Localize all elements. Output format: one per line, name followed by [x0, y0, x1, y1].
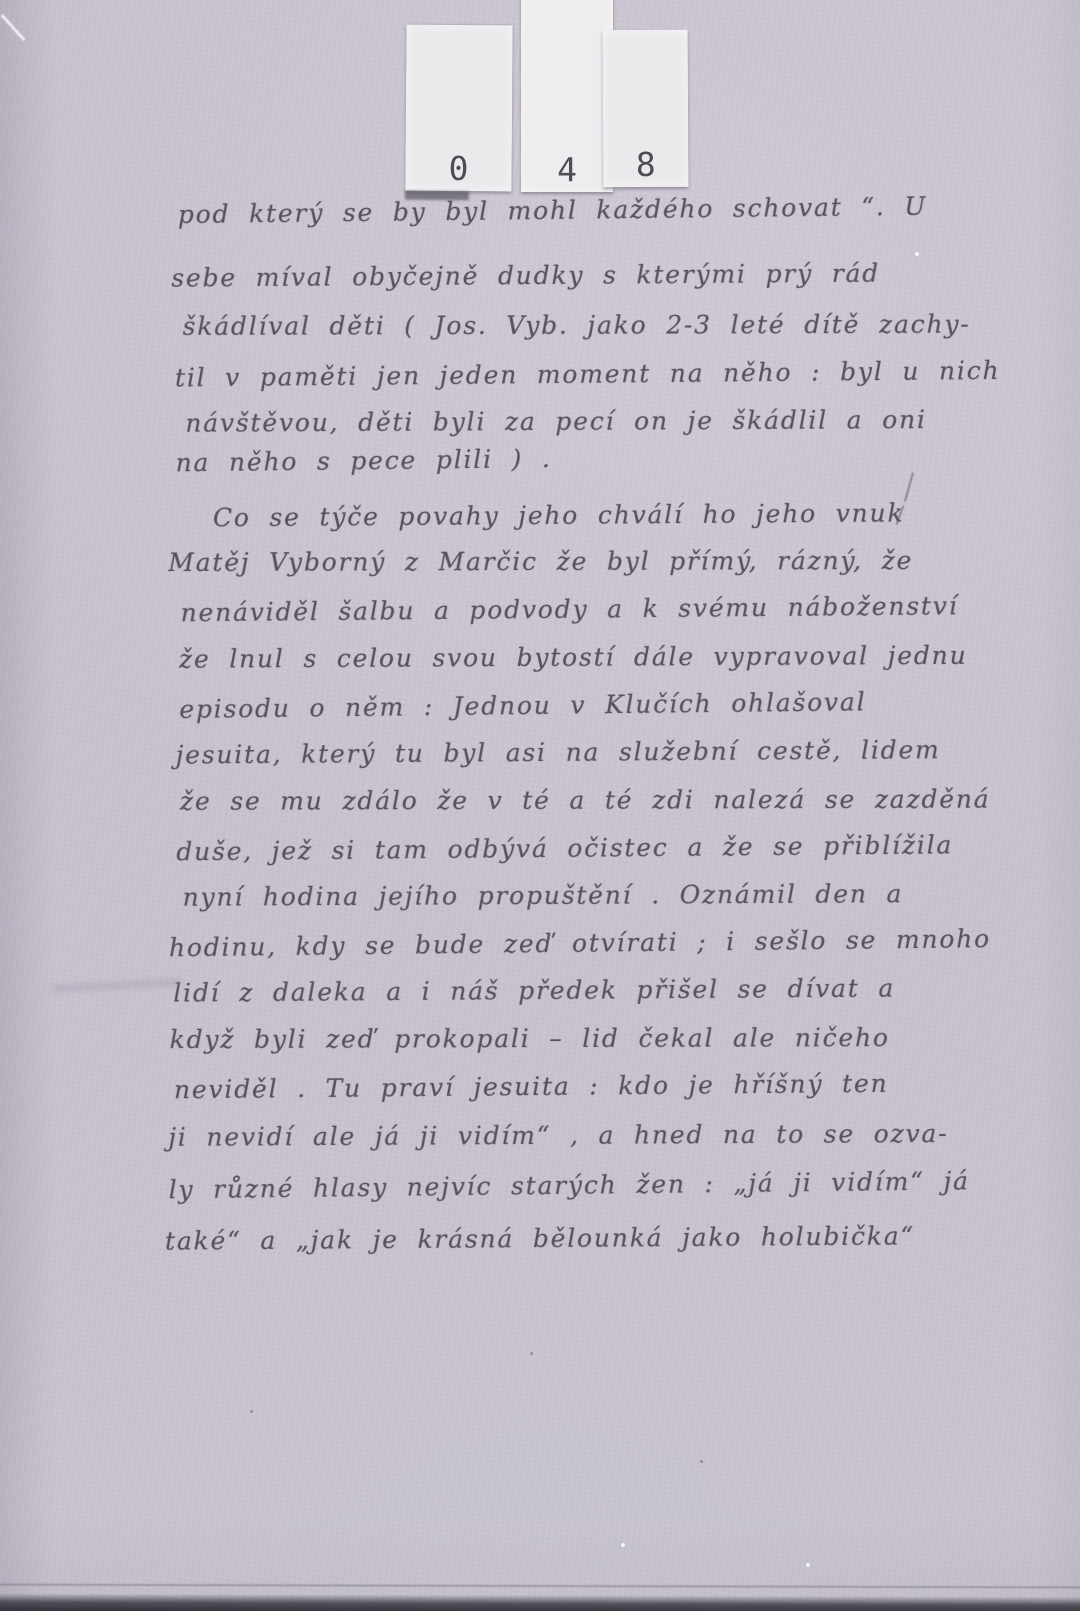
- manuscript-line-10: že lnul s celou svou bytostí dále vyprav…: [179, 643, 968, 672]
- dust-speck: [806, 1563, 810, 1567]
- dust-speck: [700, 1460, 703, 1463]
- manuscript-line-11: episodu o něm : Jednou v Klučích ohlašov…: [179, 689, 866, 722]
- manuscript-photo: 0 4 8 pod který se by byl mohl každého s…: [0, 0, 1080, 1611]
- manuscript-line-1: pod který se by byl mohl každého schovat…: [178, 194, 928, 227]
- dust-speck: [915, 252, 919, 256]
- manuscript-line-9: nenáviděl šalbu a podvody a k svému nábo…: [181, 593, 959, 625]
- manuscript-line-14: duše, jež si tam odbývá očistec a že se …: [176, 832, 953, 864]
- manuscript-line-17: lidí z daleka a i náš předek přišel se d…: [173, 976, 895, 1006]
- manuscript-line-21: ly různé hlasy nejvíc starých žen : „já …: [169, 1168, 970, 1202]
- manuscript-line-13: že se mu zdálo že v té a té zdi nalezá s…: [180, 787, 991, 814]
- manuscript-line-20: ji nevidí ale já ji vidím“ , a hned na t…: [168, 1121, 948, 1150]
- dust-speck: [530, 1352, 533, 1355]
- manuscript-line-15: nyní hodina jejího propuštění . Oznámil …: [183, 881, 904, 910]
- dust-speck: [250, 1410, 253, 1413]
- manuscript-line-7: Co se týče povahy jeho chválí ho jeho vn…: [213, 500, 905, 530]
- handwriting-text: pod který se by byl mohl každého schovat…: [0, 0, 1080, 1611]
- manuscript-line-3: škádlíval děti ( Jos. Vyb. jako 2-3 leté…: [183, 312, 971, 339]
- manuscript-line-19: neviděl . Tu praví jesuita : kdo je hříš…: [174, 1071, 889, 1102]
- manuscript-line-4: til v paměti jen jeden moment na něho : …: [175, 358, 1001, 390]
- dust-speck: [621, 1543, 625, 1547]
- manuscript-line-2: sebe míval obyčejně dudky s kterými prý …: [171, 261, 880, 291]
- manuscript-line-18: když byli zeď prokopali – lid čekal ale …: [170, 1025, 890, 1052]
- manuscript-line-8: Matěj Vyborný z Marčic že byl přímý, ráz…: [168, 548, 913, 575]
- manuscript-line-22: také“ a „jak je krásná bělounká jako hol…: [165, 1223, 915, 1253]
- manuscript-line-12: jesuita, který tu byl asi na služební ce…: [176, 737, 941, 767]
- manuscript-line-16: hodinu, kdy se bude zeď otvírati ; i seš…: [169, 926, 991, 960]
- manuscript-line-6: na něho s pece plili ) .: [175, 446, 551, 475]
- manuscript-line-5: návštěvou, děti byli za pecí on je škádl…: [185, 407, 927, 436]
- photo-dark-edge: [0, 1593, 1080, 1611]
